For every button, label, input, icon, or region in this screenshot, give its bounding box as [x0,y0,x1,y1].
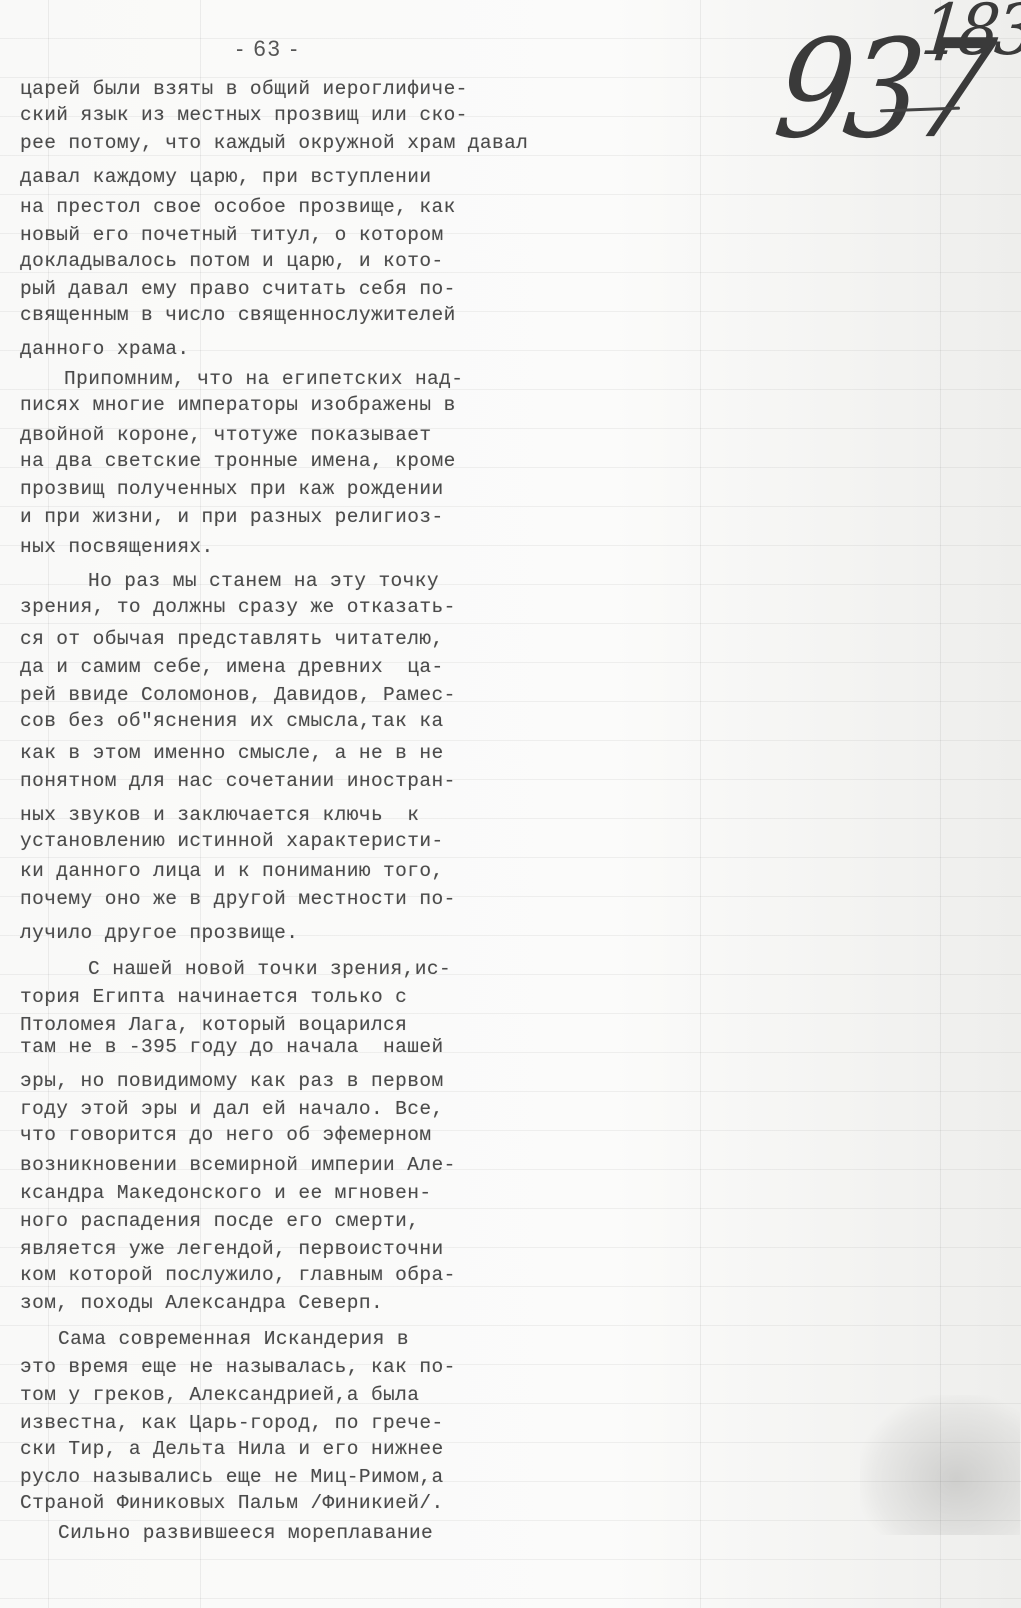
text-line: прозвищ полученных при каж рождении [20,478,444,500]
text-line: ский язык из местных прозвищ или ско- [20,104,468,126]
text-line: данного храма. [20,338,189,360]
text-line: что говорится до него об эфемерном [20,1124,431,1146]
grid-line [940,0,941,1608]
text-line: известна, как Царь-город, по грече- [20,1412,444,1434]
text-line: новый его почетный титул, о котором [20,224,444,246]
text-line: сов без об"яснения их смысла,так ка [20,710,444,732]
text-line: давал каждому царю, при вступлении [20,166,431,188]
text-line: Птоломея Лага, который воцарился [20,1014,407,1036]
text-line: Но раз мы станем на эту точку [88,570,439,592]
text-line: является уже легендой, первоисточни [20,1238,444,1260]
text-line: священным в число священнослужителей [20,304,456,326]
text-line: и при жизни, и при разных религиоз- [20,506,444,528]
text-line: писях многие императоры изображены в [20,394,456,416]
text-line: зрения, то должны сразу же отказать- [20,596,456,618]
text-line: двойной короне, чтотуже показывает [20,424,431,446]
text-line: году этой эры и дал ей начало. Все, [20,1098,444,1120]
text-line: да и самим себе, имена древних ца- [20,656,444,678]
text-line: там не в -395 году до начала нашей [20,1036,444,1058]
text-line: это время еще не называлась, как по- [20,1356,456,1378]
text-line: ком которой послужило, главным обра- [20,1264,456,1286]
text-line: С нашей новой точки зрения,ис- [88,958,451,980]
text-line: Сильно развившееся мореплавание [58,1522,433,1544]
grid-line [700,0,701,1608]
text-line: ных звуков и заключается ключь к [20,804,419,826]
text-line: докладывалось потом и царю, и кото- [20,250,444,272]
text-line: ных посвящениях. [20,536,214,558]
text-line: том у греков, Александрией,а была [20,1384,419,1406]
paper-stain [860,1395,1020,1535]
text-line: зом, походы Александра Северп. [20,1292,383,1314]
text-line: эры, но повидимому как раз в первом [20,1070,444,1092]
page-number: - 63 - [236,36,299,62]
text-line: на престол свое особое прозвище, как [20,196,456,218]
text-line: почему оно же в другой местности по- [20,888,456,910]
text-line: на два светские тронные имена, кроме [20,450,456,472]
text-line: возникновении всемирной империи Але- [20,1154,456,1176]
text-line: лучило другое прозвище. [20,922,298,944]
handwritten-sheet-number: 183 [918,0,1021,72]
text-line: как в этом именно смысле, а не в не [20,742,444,764]
text-line: царей были взяты в общий иероглифиче- [20,78,468,100]
text-line: ски Тир, а Дельта Нила и его нижнее [20,1438,444,1460]
text-line: рее потому, что каждый окружной храм дав… [20,132,528,154]
text-line: Припомним, что на египетских над- [64,368,463,390]
text-line: ки данного лица и к пониманию того, [20,860,444,882]
text-line: ся от обычая представлять читателю, [20,628,444,650]
text-line: рей ввиде Соломонов, Давидов, Рамес- [20,684,456,706]
text-line: ксандра Македонского и ее мгновен- [20,1182,431,1204]
text-line: тория Египта начинается только с [20,986,407,1008]
text-line: Страной Финиковых Пальм /Финикией/. [20,1492,444,1514]
text-line: ного распадения посде его смерти, [20,1210,419,1232]
text-line: установлению истинной характеристи- [20,830,444,852]
text-line: русло назывались еще не Миц-Римом,а [20,1466,444,1488]
document-page: - 63 - 937 183 царей были взяты в общий … [0,0,1021,1608]
text-line: рый давал ему право считать себя по- [20,278,456,300]
text-line: Сама современная Искандерия в [58,1328,409,1350]
text-line: понятном для нас сочетании иностран- [20,770,456,792]
